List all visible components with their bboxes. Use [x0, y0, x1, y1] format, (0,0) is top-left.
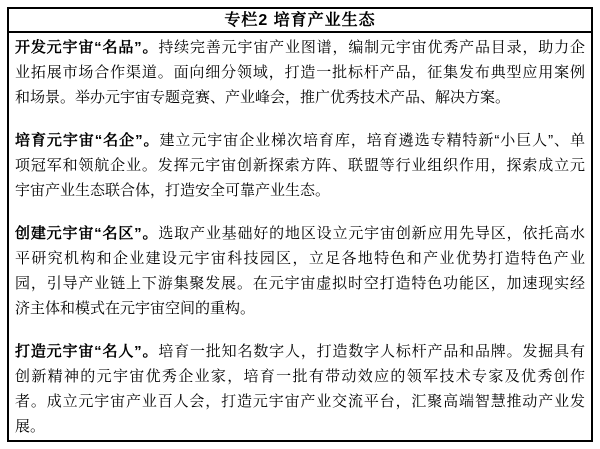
paragraph-line: 者。成立元宇宙产业百人会，打造元宇宙产业交流平台，汇聚高端智慧推动产业发: [15, 389, 585, 414]
paragraph-line: 创新精神的元宇宙优秀企业家，培育一批有带动效应的领军技术专家及优秀创作: [15, 364, 585, 389]
paragraph-lead: 打造元宇宙“名人”。: [15, 343, 158, 360]
paragraph-line: 业拓展市场合作渠道。面向细分领域，打造一批标杆产品，征集发布典型应用案例: [15, 60, 585, 85]
paragraph-text: 持续完善元宇宙产业图谱，编制元宇宙优秀产品目录，助力企: [158, 39, 585, 56]
paragraph-text: 培育一批知名数字人，打造数字人标杆产品和品牌。发掘具有: [158, 343, 585, 360]
paragraph-text: 建立元宇宙企业梯次培育库，培育遴选专精特新“小巨人”、单: [159, 132, 585, 149]
paragraph-line: 平研究机构和企业建设元宇宙科技园区，立足各地特色和产业优势打造特色产业: [15, 246, 585, 271]
paragraph-lead: 开发元宇宙“名品”。: [15, 39, 158, 56]
paragraph-mingpin: 开发元宇宙“名品”。持续完善元宇宙产业图谱，编制元宇宙优秀产品目录，助力企 业拓…: [15, 35, 585, 110]
column-box: 专栏2 培育产业生态 开发元宇宙“名品”。持续完善元宇宙产业图谱，编制元宇宙优秀…: [7, 7, 593, 442]
paragraph-text: 选取产业基础好的地区设立元宇宙创新应用先导区，依托高水: [158, 225, 585, 242]
column-body: 开发元宇宙“名品”。持续完善元宇宙产业图谱，编制元宇宙优秀产品目录，助力企 业拓…: [9, 33, 591, 439]
column-title: 专栏2 培育产业生态: [9, 9, 591, 33]
paragraph-lead: 创建元宇宙“名区”。: [15, 225, 158, 242]
paragraph-line: 打造元宇宙“名人”。培育一批知名数字人，打造数字人标杆产品和品牌。发掘具有: [15, 339, 585, 364]
paragraph-line: 创建元宇宙“名区”。选取产业基础好的地区设立元宇宙创新应用先导区，依托高水: [15, 221, 585, 246]
paragraph-mingqu: 创建元宇宙“名区”。选取产业基础好的地区设立元宇宙创新应用先导区，依托高水 平研…: [15, 221, 585, 321]
paragraph-line: 培育元宇宙“名企”。建立元宇宙企业梯次培育库，培育遴选专精特新“小巨人”、单: [15, 128, 585, 153]
paragraph-line: 宇宙产业生态联合体，打造安全可靠产业生态。: [15, 178, 585, 203]
paragraph-line: 济主体和模式在元宇宙空间的重构。: [15, 296, 585, 321]
paragraph-mingren: 打造元宇宙“名人”。培育一批知名数字人，打造数字人标杆产品和品牌。发掘具有 创新…: [15, 339, 585, 439]
paragraph-line: 开发元宇宙“名品”。持续完善元宇宙产业图谱，编制元宇宙优秀产品目录，助力企: [15, 35, 585, 60]
paragraph-mingqi: 培育元宇宙“名企”。建立元宇宙企业梯次培育库，培育遴选专精特新“小巨人”、单 项…: [15, 128, 585, 203]
paragraph-lead: 培育元宇宙“名企”。: [15, 132, 159, 149]
paragraph-line: 项冠军和领航企业。发挥元宇宙创新探索方阵、联盟等行业组织作用，探索成立元: [15, 153, 585, 178]
paragraph-line: 展。: [15, 414, 585, 439]
paragraph-line: 和场景。举办元宇宙专题竞赛、产业峰会，推广优秀技术产品、解决方案。: [15, 85, 585, 110]
paragraph-line: 园，引导产业链上下游集聚发展。在元宇宙虚拟时空打造特色功能区，加速现实经: [15, 271, 585, 296]
